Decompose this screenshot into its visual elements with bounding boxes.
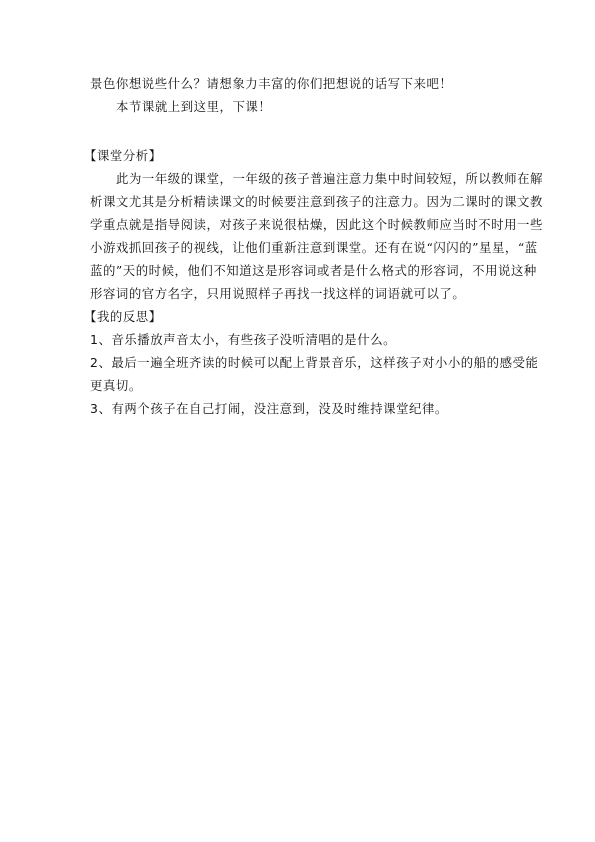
analysis-line-6: 形容词的官方名字，只用说照样子再找一找这样的词语就可以了。 [90, 282, 506, 305]
reflection-item-2-cont: 更真切。 [90, 374, 506, 397]
item-text: 、最后一遍全班齐读的时候可以配上背景音乐，这样孩子对小小的船的感受能 [98, 355, 538, 370]
spacer [90, 118, 506, 144]
analysis-line-4: 小游戏抓回孩子的视线，让他们重新注意到课堂。还有在说“闪闪的”星星，“蓝 [90, 236, 506, 259]
document-page: 景色你想说些什么？请想象力丰富的你们把想说的话写下来吧！ 本节课就上到这里，下课… [90, 72, 506, 420]
reflection-item-1: 1、音乐播放声音太小，有些孩子没听清唱的是什么。 [90, 328, 506, 351]
analysis-line-2: 析课文尤其是分析精读课文的时候要注意到孩子的注意力。因为二课时的课文教 [90, 190, 506, 213]
intro-line-1: 景色你想说些什么？请想象力丰富的你们把想说的话写下来吧！ [90, 72, 506, 95]
analysis-line-3: 学重点就是指导阅读，对孩子来说很枯燥，因此这个时候教师应当时不时用一些 [90, 213, 506, 236]
reflection-item-3: 3、有两个孩子在自己打闹，没注意到，没及时维持课堂纪律。 [90, 397, 506, 420]
analysis-line-1: 此为一年级的课堂，一年级的孩子普遍注意力集中时间较短，所以教师在解 [90, 167, 506, 190]
reflection-heading: 【我的反思】 [84, 305, 506, 328]
intro-line-2: 本节课就上到这里，下课！ [90, 95, 506, 118]
analysis-heading: 【课堂分析】 [84, 144, 506, 167]
item-text: 、音乐播放声音太小，有些孩子没听清唱的是什么。 [98, 332, 396, 347]
reflection-item-2: 2、最后一遍全班齐读的时候可以配上背景音乐，这样孩子对小小的船的感受能 [90, 351, 506, 374]
analysis-line-5: 蓝的”天的时候，他们不知道这是形容词或者是什么格式的形容词，不用说这种 [90, 259, 506, 282]
item-text: 、有两个孩子在自己打闹，没注意到，没及时维持课堂纪律。 [98, 401, 447, 416]
